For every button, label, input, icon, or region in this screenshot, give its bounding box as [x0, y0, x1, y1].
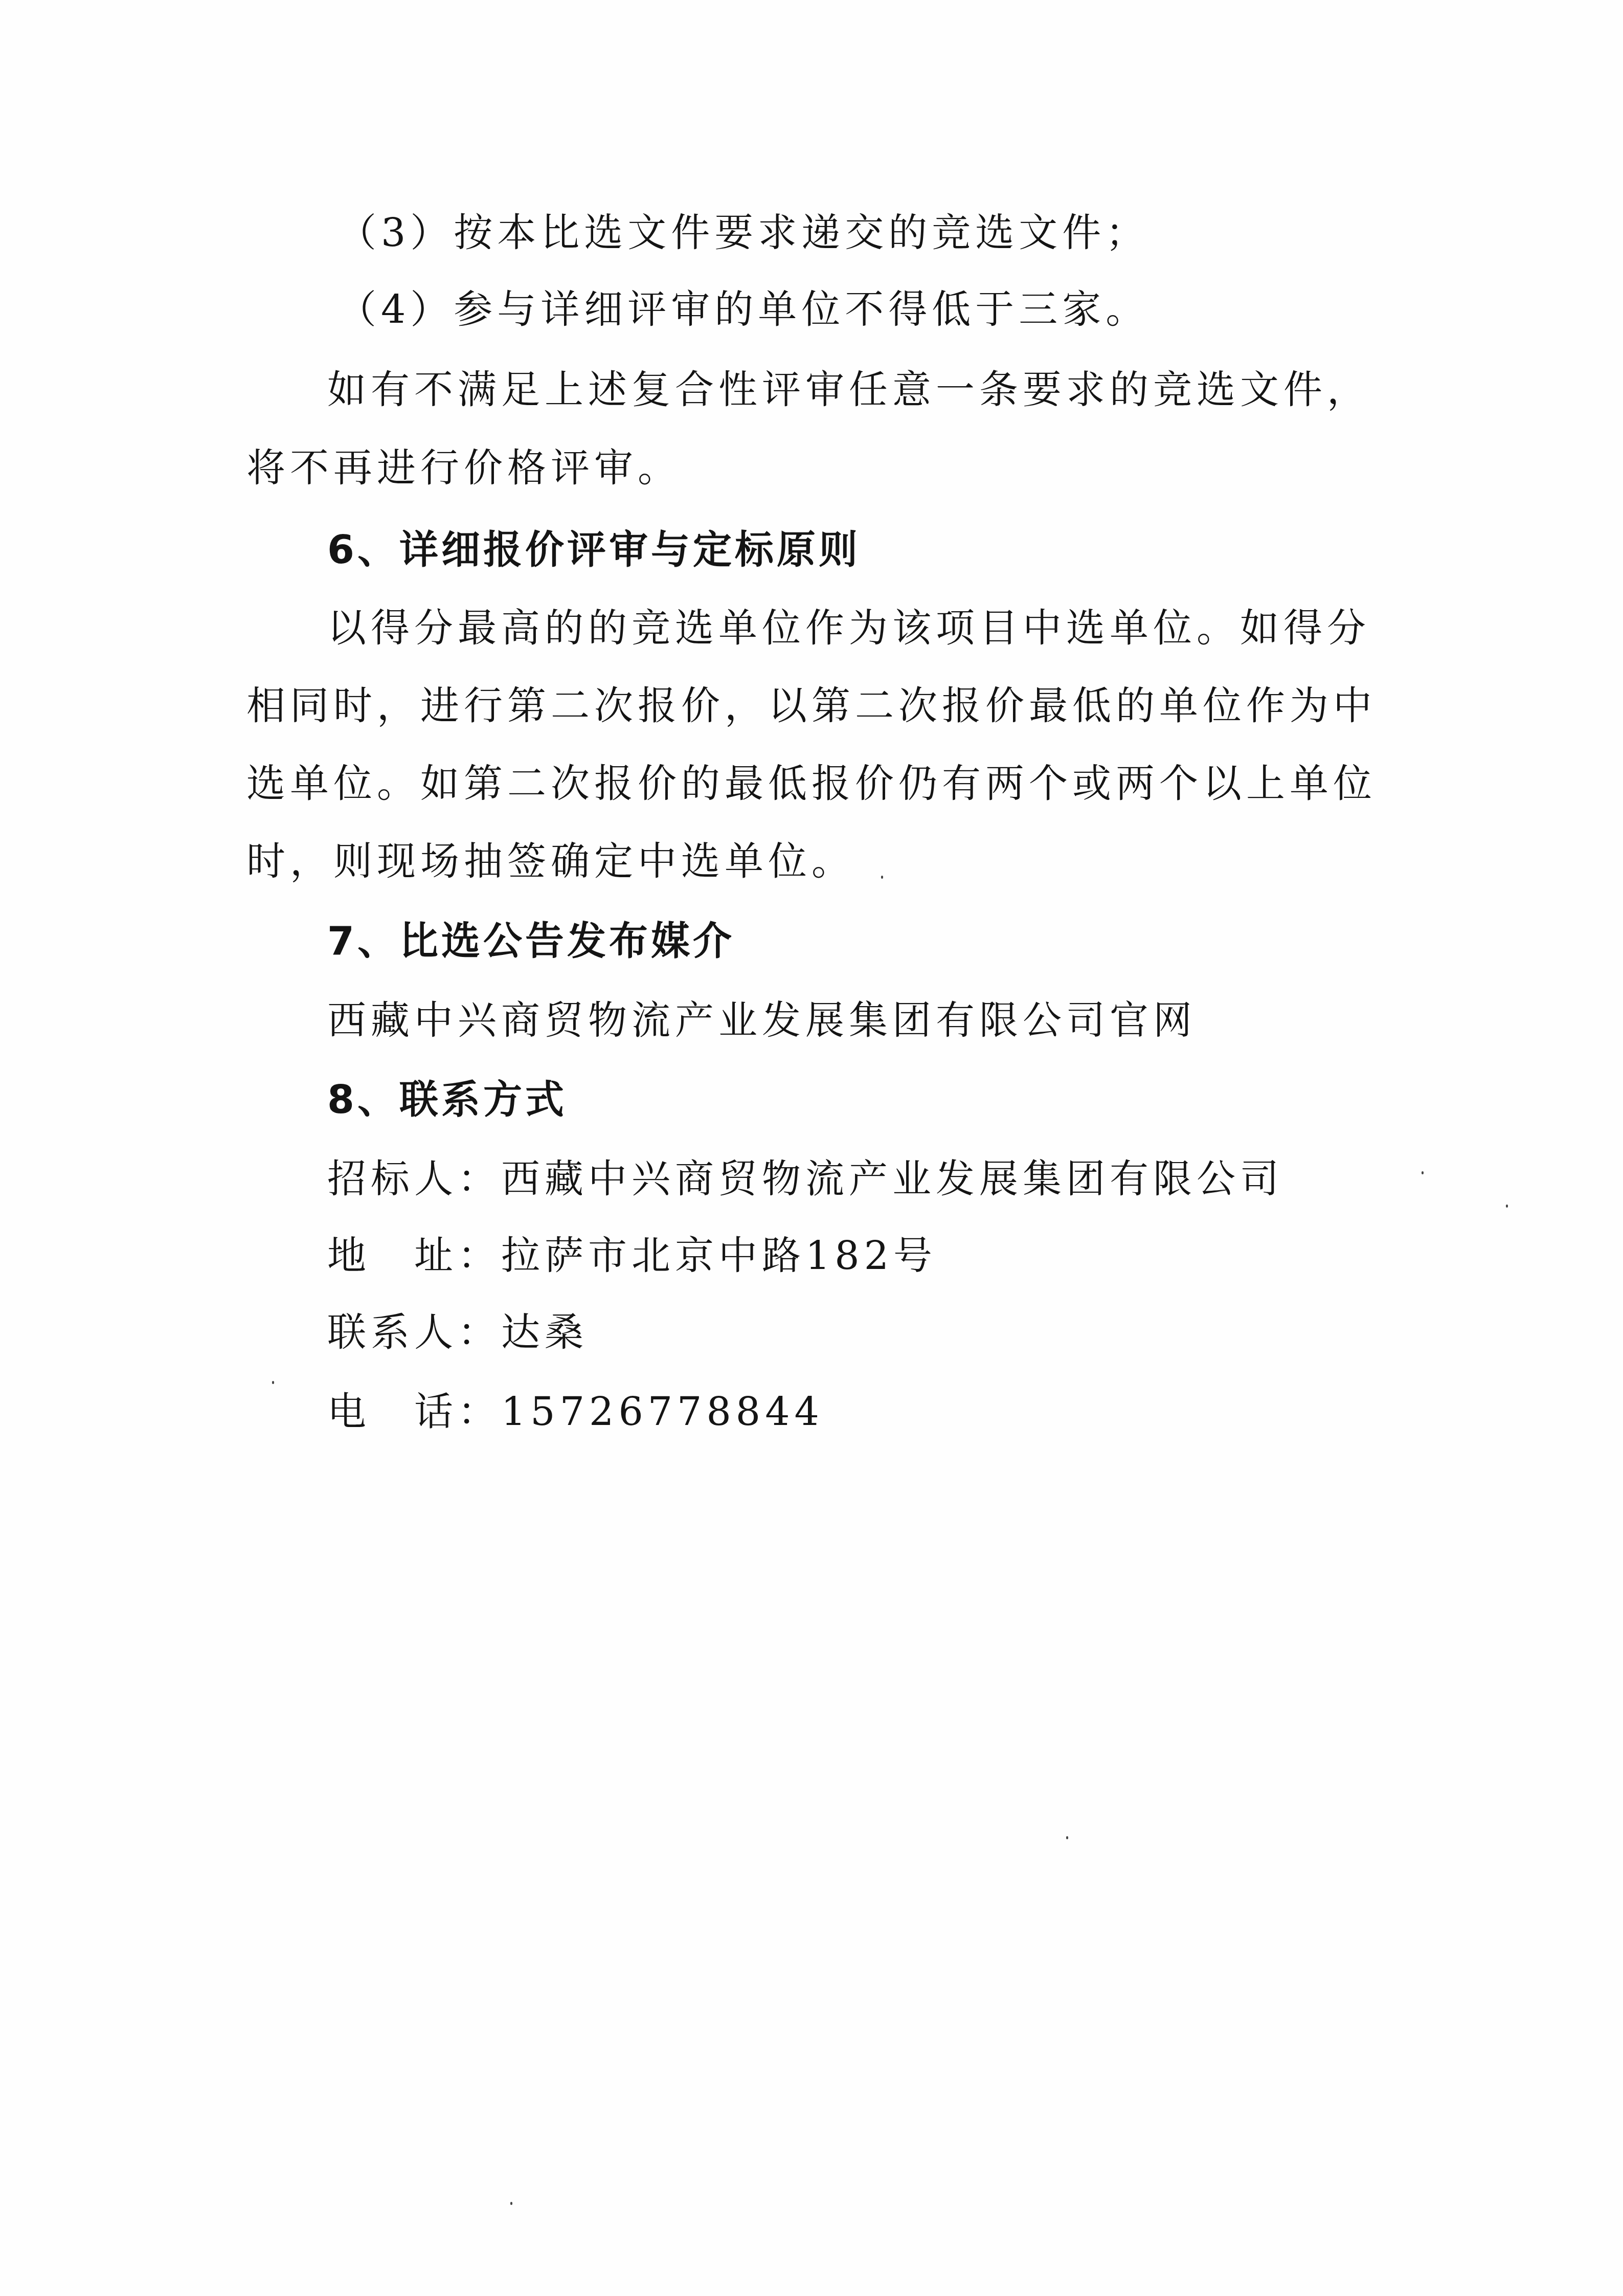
section-6-line-1: 以得分最高的的竞选单位作为该项目中选单位。如得分: [327, 603, 1462, 654]
contact-address: 地 址：拉萨市北京中路182号: [327, 1230, 1462, 1281]
section-6-line-4: 时，则现场抽签确定中选单位。: [246, 836, 1382, 887]
section-6-heading: 6、详细报价评审与定标原则: [327, 524, 1462, 575]
scan-speck: [881, 876, 883, 879]
scan-speck: [1066, 1836, 1068, 1839]
contact-label: 电 话：: [327, 1386, 501, 1437]
contact-value: 拉萨市北京中路182号: [501, 1233, 937, 1278]
requirement-item-4: （4）参与详细评审的单位不得低于三家。: [337, 284, 1473, 335]
scan-speck: [1422, 1171, 1424, 1174]
contact-label: 地 址：: [327, 1230, 501, 1281]
scan-speck: [272, 1381, 274, 1384]
contact-value: 15726778844: [501, 1389, 824, 1434]
contact-person: 联系人：达桑: [327, 1307, 1462, 1358]
section-6-line-2: 相同时，进行第二次报价，以第二次报价最低的单位作为中: [246, 680, 1382, 731]
scan-speck: [510, 2202, 512, 2205]
contact-value: 西藏中兴商贸物流产业发展集团有限公司: [501, 1156, 1283, 1201]
compliance-note-line-1: 如有不满足上述复合性评审任意一条要求的竞选文件，: [327, 364, 1462, 415]
contact-label: 联系人：: [327, 1307, 501, 1358]
section-7-heading: 7、比选公告发布媒介: [327, 916, 1462, 967]
section-7-body: 西藏中兴商贸物流产业发展集团有限公司官网: [327, 995, 1462, 1046]
scan-speck: [1506, 1205, 1508, 1208]
section-6-line-3: 选单位。如第二次报价的最低报价仍有两个或两个以上单位: [246, 758, 1382, 809]
contact-phone: 电 话：15726778844: [327, 1386, 1462, 1437]
requirement-item-3: （3）按本比选文件要求递交的竞选文件；: [337, 207, 1473, 258]
contact-value: 达桑: [501, 1309, 588, 1355]
compliance-note-line-2: 将不再进行价格评审。: [246, 442, 1382, 494]
contact-tenderer: 招标人：西藏中兴商贸物流产业发展集团有限公司: [327, 1153, 1462, 1205]
section-8-heading: 8、联系方式: [327, 1074, 1462, 1125]
document-page: （3）按本比选文件要求递交的竞选文件； （4）参与详细评审的单位不得低于三家。 …: [0, 0, 1623, 2296]
contact-label: 招标人：: [327, 1153, 501, 1205]
